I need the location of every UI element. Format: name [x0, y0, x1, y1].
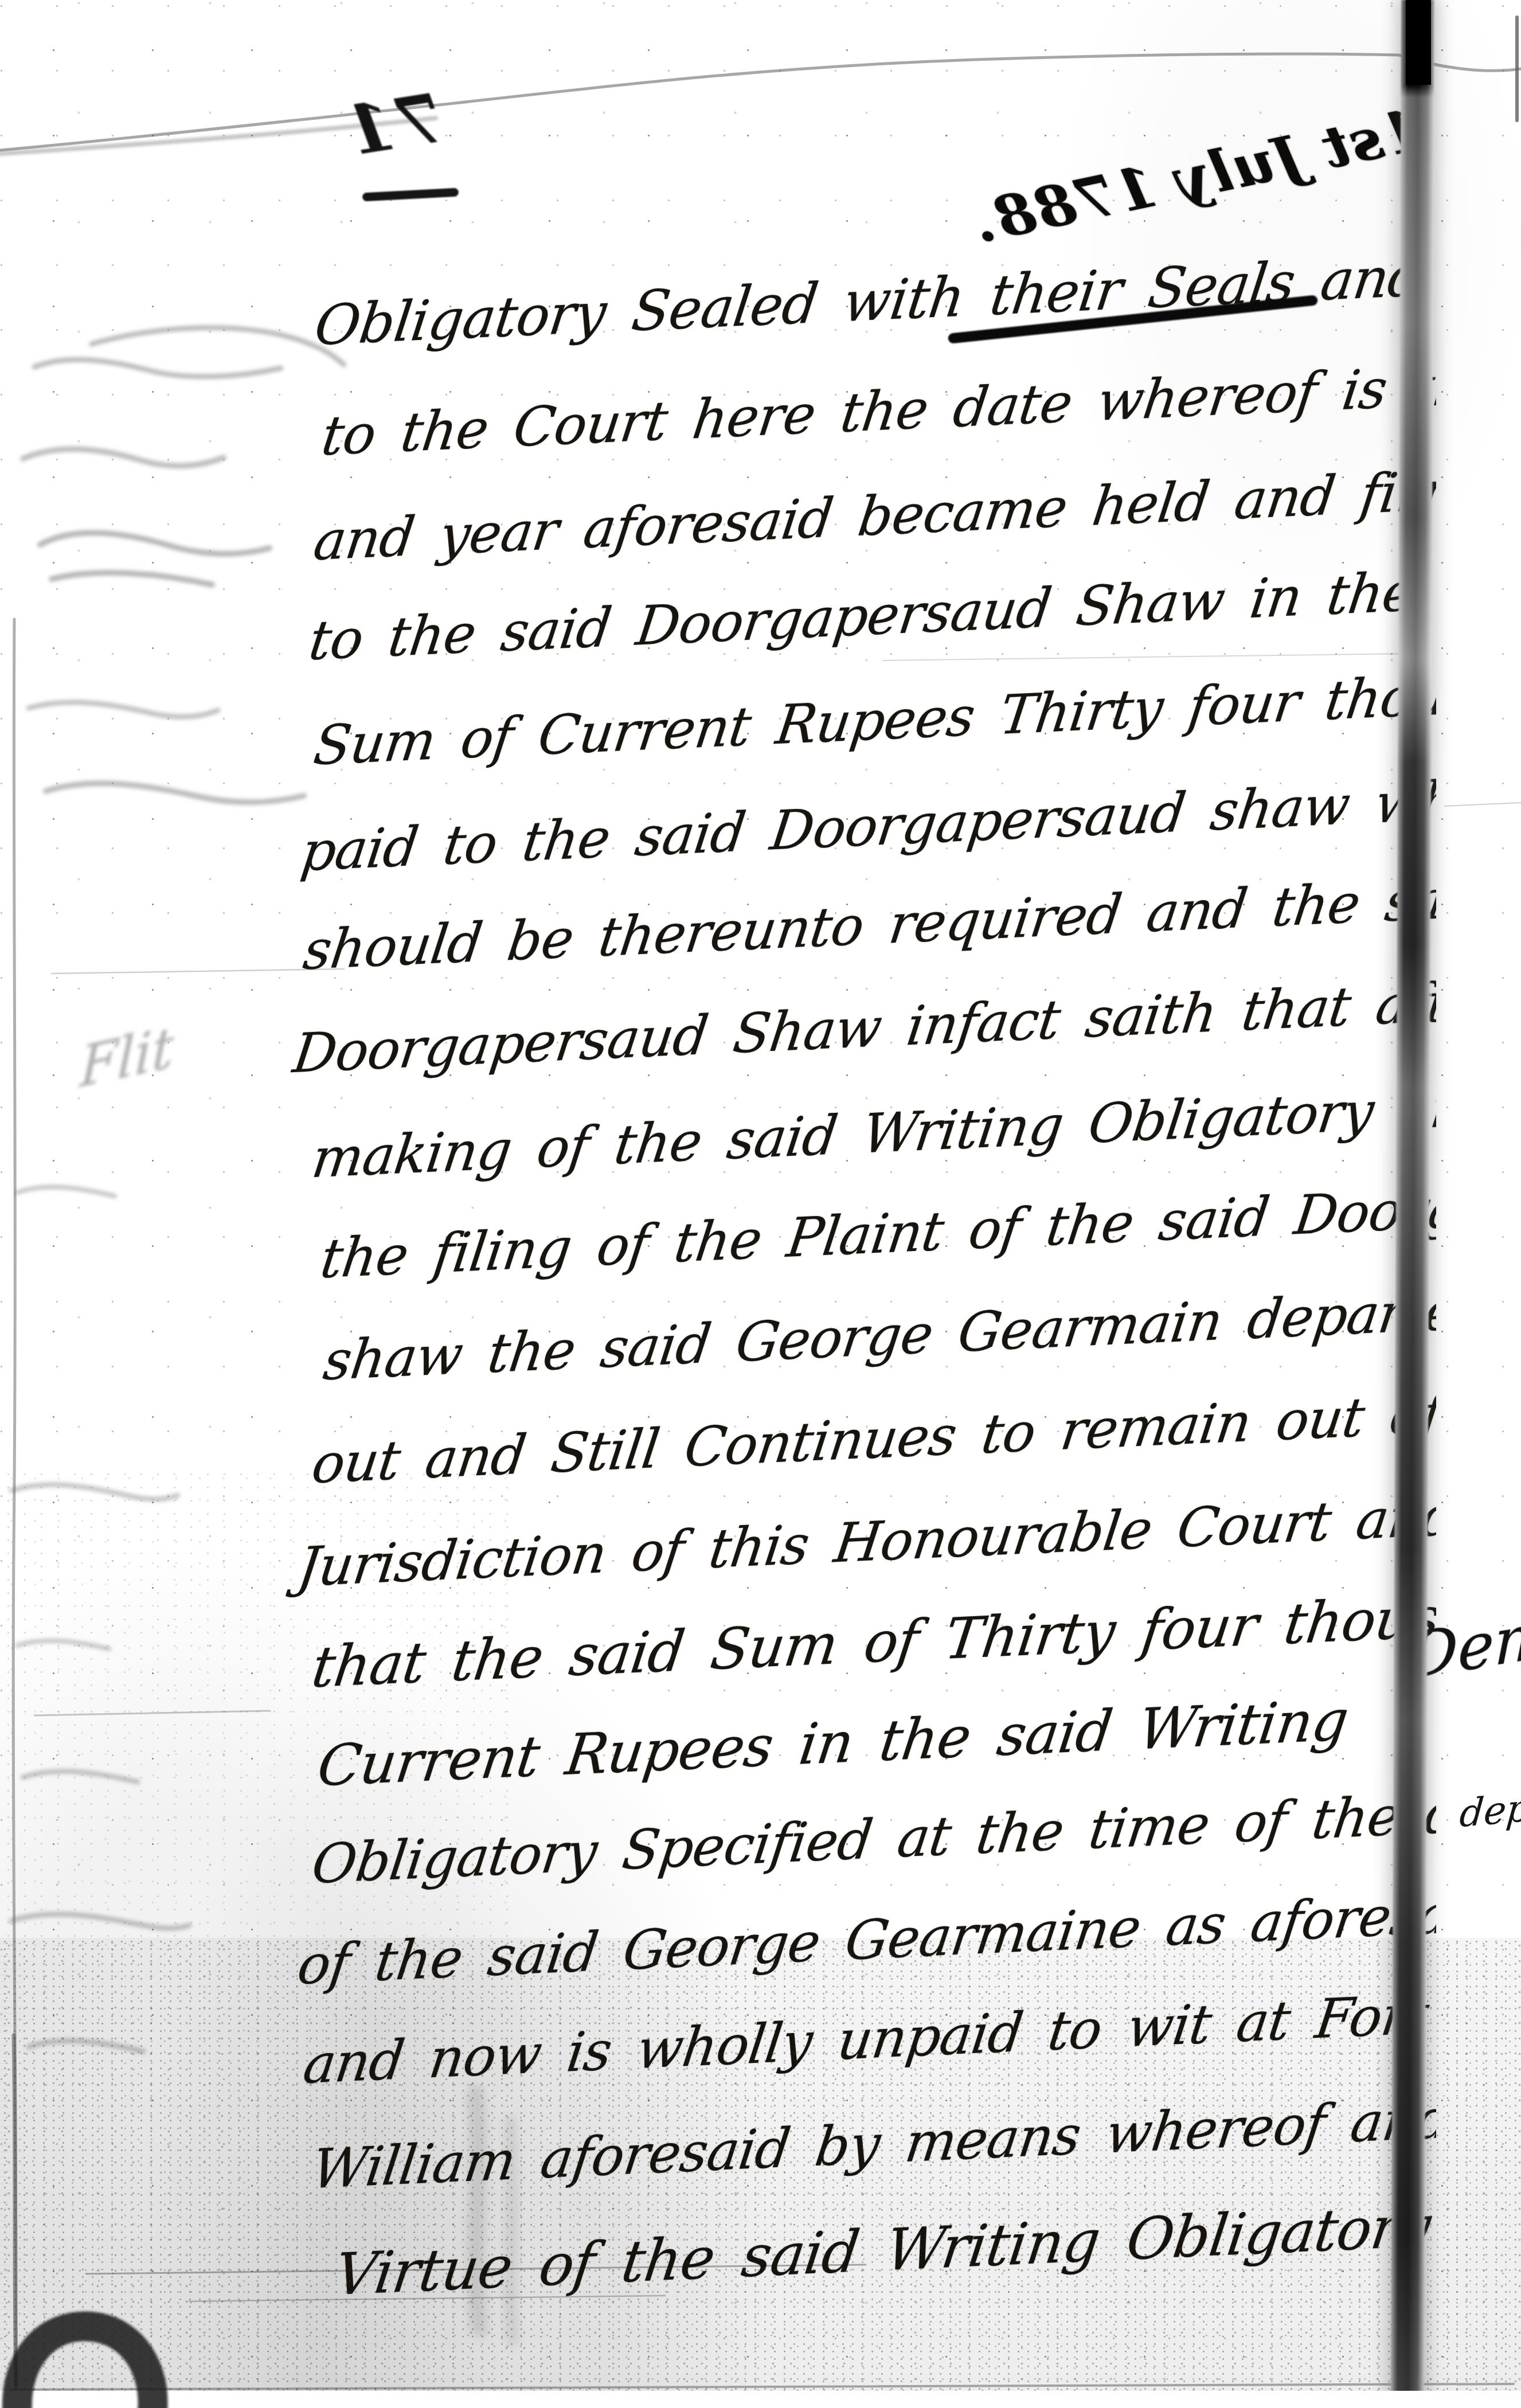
manuscript-line: Current Rupees in the said Writing: [315, 1692, 1351, 1795]
manuscript-line: of the said George Gearmaine as aforesai…: [295, 1880, 1436, 1993]
bleedthrough-date-note: 1st July 1788.: [967, 95, 1429, 257]
manuscript-line: Doorgapersaud Shaw infact saith that aft…: [290, 968, 1436, 1081]
scan-bed-band: [0, 2391, 1521, 2408]
manuscript-line: should be thereunto required and the sai…: [300, 867, 1436, 978]
manuscript-line: Jurisdiction of this Honourable Court an…: [295, 1490, 1436, 1596]
right-margin-word-fragment: depa: [1458, 1783, 1521, 1836]
manuscript-line: shaw the said George Gearmain departed f…: [320, 1276, 1436, 1389]
manuscript-line: to the said Doorgapersaud Shaw in the sa…: [306, 556, 1436, 669]
manuscript-line: Virtue of the said Writing Obligatory an…: [331, 2191, 1436, 2304]
manuscript-page: Obligatory Sealed with their Seals and n…: [0, 0, 1521, 2408]
manuscript-line: the filing of the Plaint of the said Doo…: [318, 1171, 1436, 1287]
manuscript-line: Obligatory Sealed with their Seals and n…: [312, 233, 1436, 353]
manuscript-line: and year aforesaid became held and firml…: [311, 452, 1436, 569]
manuscript-line: out and Still Continues to remain out of…: [309, 1382, 1436, 1492]
manuscript-line: paid to the said Doorgapersaud shaw when…: [298, 765, 1436, 879]
manuscript-line: Sum of Current Rupees Thirty four thousa…: [311, 660, 1436, 774]
manuscript-line: and now is wholly unpaid to wit at Fort: [300, 1988, 1432, 2092]
manuscript-text-block: Obligatory Sealed with their Seals and n…: [0, 0, 1436, 2408]
manuscript-line: Obligatory Specified at the time of the …: [309, 1776, 1436, 1892]
left-margin-scribble: Flit: [79, 1014, 175, 1100]
binding-strip-dark-cap: [1406, 0, 1431, 85]
folio-number-mark: 71: [337, 77, 449, 172]
folio-underline-stroke: [362, 188, 459, 202]
manuscript-line: to the Court here the date whereof is th…: [319, 345, 1436, 464]
manuscript-line: that the said Sum of Thirty four thousan…: [309, 1585, 1436, 1696]
manuscript-line: making of the said Writing Obligatory an…: [309, 1070, 1436, 1186]
manuscript-line: William aforesaid by means whereof and: [309, 2092, 1436, 2197]
scratch-line: [1445, 803, 1521, 806]
